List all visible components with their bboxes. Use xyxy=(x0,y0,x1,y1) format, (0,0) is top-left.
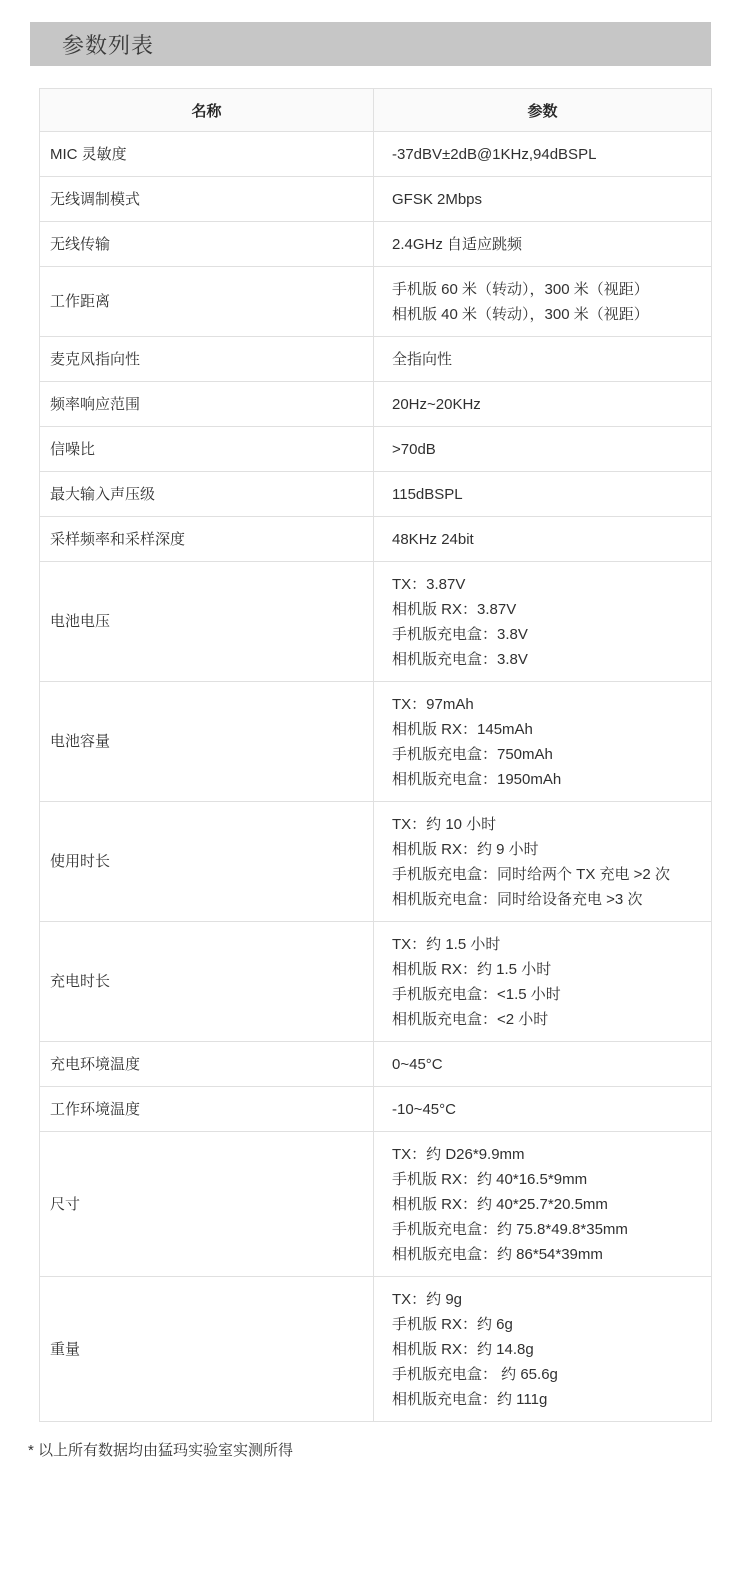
table-row: 重量TX：约 9g手机版 RX：约 6g相机版 RX：约 14.8g手机版充电盒… xyxy=(40,1277,712,1422)
value-line: >70dB xyxy=(392,437,701,462)
param-name: 电池容量 xyxy=(40,682,374,802)
value-line: 相机版充电盒：同时给设备充电 >3 次 xyxy=(392,887,701,912)
table-row: 工作环境温度-10~45°C xyxy=(40,1087,712,1132)
table-row: 电池电压TX：3.87V相机版 RX：3.87V手机版充电盒：3.8V相机版充电… xyxy=(40,562,712,682)
value-line: 相机版 RX：约 9 小时 xyxy=(392,837,701,862)
param-value: TX：97mAh相机版 RX：145mAh手机版充电盒：750mAh相机版充电盒… xyxy=(374,682,712,802)
param-name: 尺寸 xyxy=(40,1132,374,1277)
value-line: 手机版充电盒：约 75.8*49.8*35mm xyxy=(392,1217,701,1242)
table-row: MIC 灵敏度-37dBV±2dB@1KHz,94dBSPL xyxy=(40,132,712,177)
value-line: 相机版充电盒：约 111g xyxy=(392,1387,701,1412)
value-line: 相机版 RX：约 40*25.7*20.5mm xyxy=(392,1192,701,1217)
value-line: 相机版充电盒：约 86*54*39mm xyxy=(392,1242,701,1267)
value-line: 手机版充电盒：750mAh xyxy=(392,742,701,767)
page-title: 参数列表 xyxy=(62,29,154,60)
table-row: 使用时长TX：约 10 小时相机版 RX：约 9 小时手机版充电盒：同时给两个 … xyxy=(40,802,712,922)
value-line: 手机版 60 米（转动），300 米（视距） xyxy=(392,277,701,302)
value-line: TX：约 D26*9.9mm xyxy=(392,1142,701,1167)
param-name: 频率响应范围 xyxy=(40,382,374,427)
spec-table-header: 名称 参数 xyxy=(40,89,712,132)
param-name: 无线传输 xyxy=(40,222,374,267)
value-line: 0~45°C xyxy=(392,1052,701,1077)
table-row: 无线传输2.4GHz 自适应跳频 xyxy=(40,222,712,267)
value-line: 相机版 RX：145mAh xyxy=(392,717,701,742)
param-name: 信噪比 xyxy=(40,427,374,472)
param-value: TX：约 10 小时相机版 RX：约 9 小时手机版充电盒：同时给两个 TX 充… xyxy=(374,802,712,922)
value-line: 手机版充电盒：同时给两个 TX 充电 >2 次 xyxy=(392,862,701,887)
value-line: 相机版充电盒：<2 小时 xyxy=(392,1007,701,1032)
value-line: -10~45°C xyxy=(392,1097,701,1122)
value-line: 手机版充电盒：3.8V xyxy=(392,622,701,647)
value-line: 手机版充电盒：<1.5 小时 xyxy=(392,982,701,1007)
value-line: TX：约 9g xyxy=(392,1287,701,1312)
table-row: 麦克风指向性全指向性 xyxy=(40,337,712,382)
param-name: 最大输入声压级 xyxy=(40,472,374,517)
footnote: * 以上所有数据均由猛玛实验室实测所得 xyxy=(28,1440,720,1461)
header-row: 名称 参数 xyxy=(40,89,712,132)
section-title-bar: 参数列表 xyxy=(30,22,711,66)
param-value: GFSK 2Mbps xyxy=(374,177,712,222)
param-value: 手机版 60 米（转动），300 米（视距）相机版 40 米（转动），300 米… xyxy=(374,267,712,337)
param-name: 麦克风指向性 xyxy=(40,337,374,382)
value-line: TX：约 1.5 小时 xyxy=(392,932,701,957)
param-name: 电池电压 xyxy=(40,562,374,682)
param-name: 工作环境温度 xyxy=(40,1087,374,1132)
value-line: 相机版充电盒：1950mAh xyxy=(392,767,701,792)
table-row: 充电环境温度0~45°C xyxy=(40,1042,712,1087)
param-value: 20Hz~20KHz xyxy=(374,382,712,427)
param-name: 工作距离 xyxy=(40,267,374,337)
param-value: TX：3.87V相机版 RX：3.87V手机版充电盒：3.8V相机版充电盒：3.… xyxy=(374,562,712,682)
param-value: -10~45°C xyxy=(374,1087,712,1132)
param-name: 使用时长 xyxy=(40,802,374,922)
value-line: GFSK 2Mbps xyxy=(392,187,701,212)
param-value: 全指向性 xyxy=(374,337,712,382)
param-value: 48KHz 24bit xyxy=(374,517,712,562)
table-row: 无线调制模式GFSK 2Mbps xyxy=(40,177,712,222)
param-value: TX：约 9g手机版 RX：约 6g相机版 RX：约 14.8g手机版充电盒： … xyxy=(374,1277,712,1422)
table-row: 工作距离手机版 60 米（转动），300 米（视距）相机版 40 米（转动），3… xyxy=(40,267,712,337)
value-line: 相机版充电盒：3.8V xyxy=(392,647,701,672)
param-value: 115dBSPL xyxy=(374,472,712,517)
param-name: 采样频率和采样深度 xyxy=(40,517,374,562)
value-line: TX：约 10 小时 xyxy=(392,812,701,837)
value-line: 相机版 RX：约 1.5 小时 xyxy=(392,957,701,982)
value-line: 全指向性 xyxy=(392,347,701,372)
value-line: 相机版 RX：3.87V xyxy=(392,597,701,622)
table-row: 尺寸TX：约 D26*9.9mm手机版 RX：约 40*16.5*9mm相机版 … xyxy=(40,1132,712,1277)
col-header-param: 参数 xyxy=(374,89,712,132)
param-value: TX：约 D26*9.9mm手机版 RX：约 40*16.5*9mm相机版 RX… xyxy=(374,1132,712,1277)
param-name: 无线调制模式 xyxy=(40,177,374,222)
table-row: 电池容量TX：97mAh相机版 RX：145mAh手机版充电盒：750mAh相机… xyxy=(40,682,712,802)
table-row: 最大输入声压级115dBSPL xyxy=(40,472,712,517)
value-line: TX：3.87V xyxy=(392,572,701,597)
value-line: 相机版 40 米（转动），300 米（视距） xyxy=(392,302,701,327)
param-value: 2.4GHz 自适应跳频 xyxy=(374,222,712,267)
param-name: 重量 xyxy=(40,1277,374,1422)
value-line: 手机版 RX：约 40*16.5*9mm xyxy=(392,1167,701,1192)
value-line: 相机版 RX：约 14.8g xyxy=(392,1337,701,1362)
param-value: -37dBV±2dB@1KHz,94dBSPL xyxy=(374,132,712,177)
param-value: >70dB xyxy=(374,427,712,472)
value-line: 手机版充电盒： 约 65.6g xyxy=(392,1362,701,1387)
value-line: 48KHz 24bit xyxy=(392,527,701,552)
param-value: TX：约 1.5 小时相机版 RX：约 1.5 小时手机版充电盒：<1.5 小时… xyxy=(374,922,712,1042)
table-row: 频率响应范围20Hz~20KHz xyxy=(40,382,712,427)
spec-table-body: MIC 灵敏度-37dBV±2dB@1KHz,94dBSPL无线调制模式GFSK… xyxy=(40,132,712,1422)
param-name: 充电时长 xyxy=(40,922,374,1042)
value-line: 2.4GHz 自适应跳频 xyxy=(392,232,701,257)
table-row: 采样频率和采样深度48KHz 24bit xyxy=(40,517,712,562)
table-row: 充电时长TX：约 1.5 小时相机版 RX：约 1.5 小时手机版充电盒：<1.… xyxy=(40,922,712,1042)
value-line: TX：97mAh xyxy=(392,692,701,717)
value-line: 115dBSPL xyxy=(392,482,701,507)
col-header-name: 名称 xyxy=(40,89,374,132)
value-line: 20Hz~20KHz xyxy=(392,392,701,417)
param-name: MIC 灵敏度 xyxy=(40,132,374,177)
spec-table: 名称 参数 MIC 灵敏度-37dBV±2dB@1KHz,94dBSPL无线调制… xyxy=(39,88,712,1422)
table-row: 信噪比>70dB xyxy=(40,427,712,472)
param-name: 充电环境温度 xyxy=(40,1042,374,1087)
value-line: 手机版 RX：约 6g xyxy=(392,1312,701,1337)
param-value: 0~45°C xyxy=(374,1042,712,1087)
spec-page: { "page": { "title": "参数列表", "footnote":… xyxy=(0,22,750,1585)
value-line: -37dBV±2dB@1KHz,94dBSPL xyxy=(392,142,701,167)
